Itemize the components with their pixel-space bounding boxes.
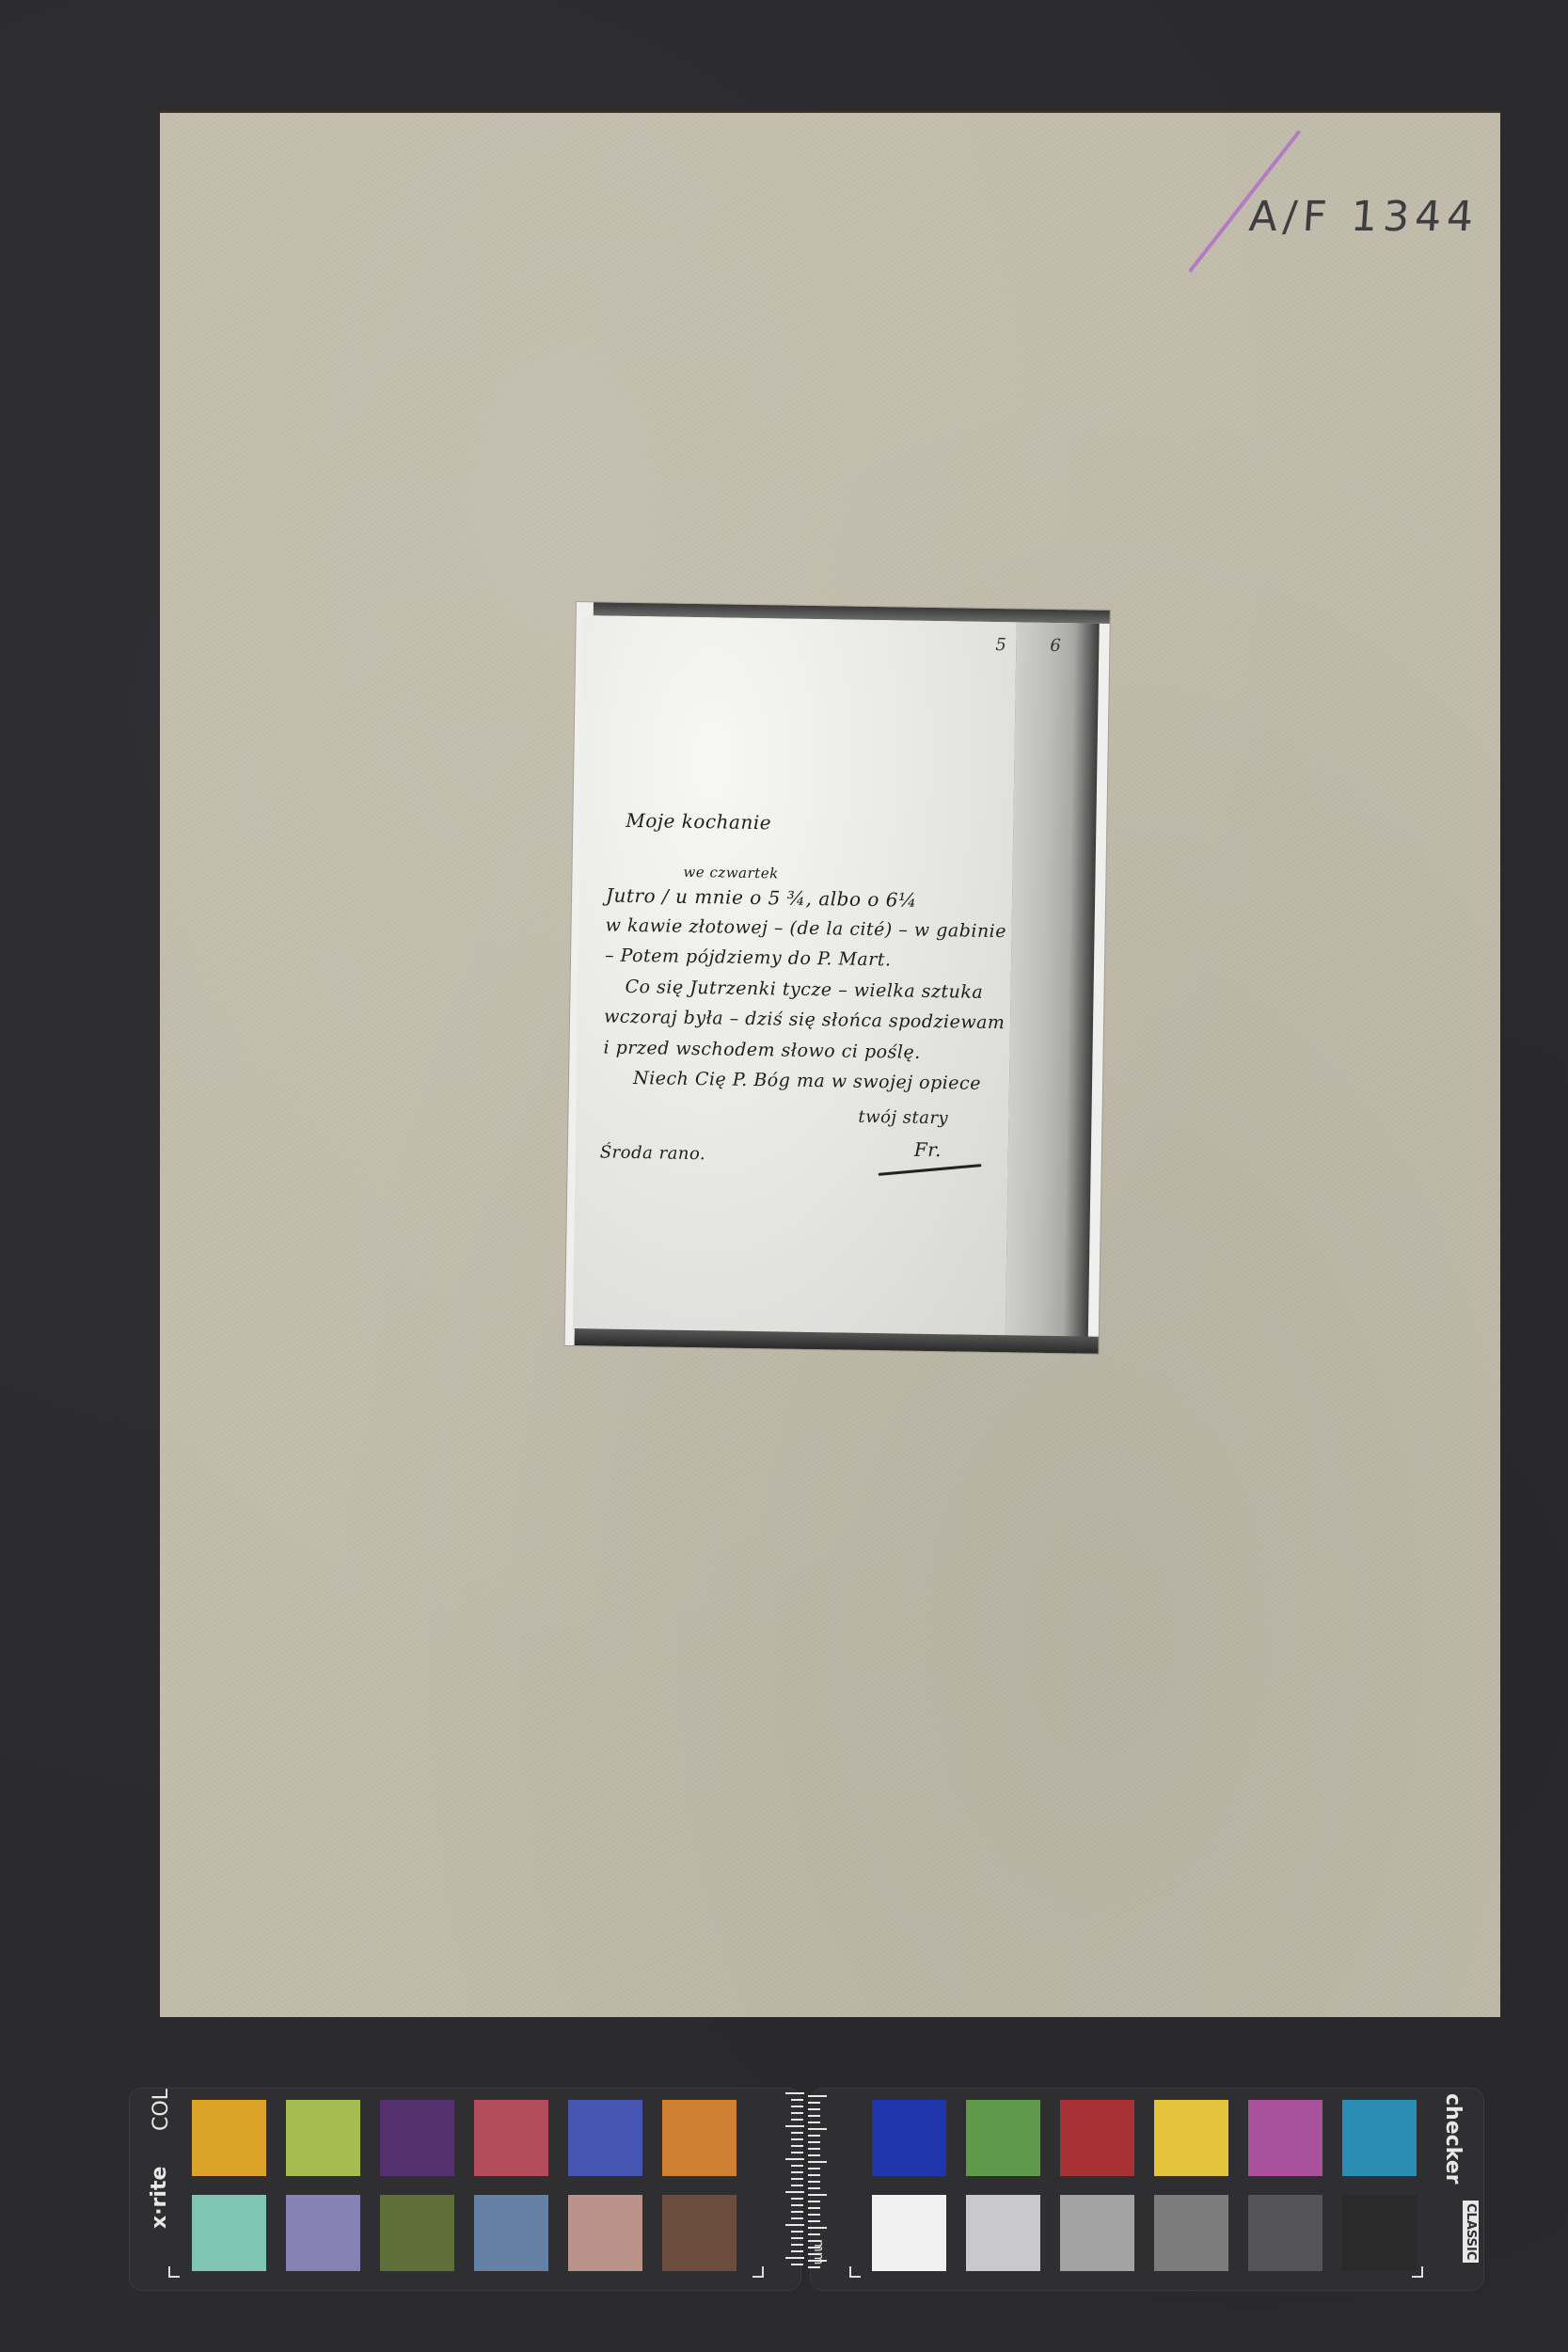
ruler-tick — [791, 2217, 803, 2219]
ruler-tick — [808, 2095, 827, 2097]
color-patch — [286, 2100, 360, 2176]
ruler-tick — [808, 2207, 820, 2209]
ruler-tick — [791, 2099, 803, 2101]
color-patch — [966, 2100, 1040, 2176]
color-patch — [966, 2195, 1040, 2271]
ruler-tick — [791, 2250, 803, 2252]
color-patch — [662, 2195, 736, 2271]
ruler-tick — [785, 2224, 804, 2226]
classic-badge: CLASSIC — [1463, 2201, 1479, 2263]
color-patch — [474, 2100, 548, 2176]
ruler-tick — [791, 2145, 803, 2147]
color-patch — [872, 2195, 946, 2271]
letter-sheet: 5 Moje kochanie we czwartek Jutro / u mn… — [573, 615, 1018, 1337]
ruler-tick — [791, 2204, 803, 2206]
ruler-tick — [808, 2154, 820, 2156]
letter-line: – Potem pójdziemy do P. Mart. — [605, 946, 892, 971]
ruler-tick — [791, 2198, 803, 2200]
color-patch — [380, 2100, 454, 2176]
ruler-tick — [808, 2266, 820, 2268]
ruler-tick — [808, 2201, 820, 2202]
ruler-tick — [808, 2148, 820, 2150]
page-number: 5 — [995, 635, 1006, 655]
ruler-tick — [808, 2233, 820, 2235]
signature-flourish — [879, 1164, 982, 1176]
letter-dateline: Środa rano. — [600, 1142, 706, 1164]
color-patch — [1060, 2100, 1134, 2176]
letter-line: Niech Cię P. Bóg ma w swojej opiece — [633, 1068, 981, 1094]
color-patch — [286, 2195, 360, 2271]
ruler-tick — [808, 2168, 820, 2169]
corner-mark — [752, 2266, 764, 2278]
letter-line: w kawie złotowej – (de la cité) – w gabi… — [605, 915, 1006, 943]
letter-insertion: we czwartek — [683, 864, 779, 882]
shelfmark-label: A/F 1344 — [1247, 193, 1481, 241]
ruler-tick — [791, 2211, 803, 2213]
ruler-tick — [791, 2152, 803, 2153]
xrite-logo: x·rite — [148, 2167, 171, 2229]
colorchecker-logo: checker — [1441, 2093, 1465, 2184]
letter-line: i przed wschodem słowo ci poślę. — [603, 1038, 920, 1063]
ruler-tick — [808, 2227, 827, 2229]
ruler-tick — [785, 2092, 804, 2094]
ruler-tick — [808, 2122, 820, 2123]
ruler-tick — [791, 2171, 803, 2173]
checker-label-col: COL — [150, 2089, 173, 2131]
ruler-tick — [808, 2214, 820, 2216]
ruler-tick — [791, 2106, 803, 2107]
ruler-tick — [791, 2165, 803, 2167]
color-patch — [474, 2195, 548, 2271]
letter-photograph: 5 Moje kochanie we czwartek Jutro / u mn… — [565, 602, 1110, 1354]
color-patch — [568, 2195, 642, 2271]
ruler-tick — [808, 2115, 820, 2117]
ruler-tick — [808, 2108, 820, 2110]
ruler-tick — [785, 2191, 804, 2193]
ruler-tick — [791, 2112, 803, 2114]
color-patch — [1248, 2100, 1323, 2176]
ruler-tick — [791, 2178, 803, 2180]
ruler-tick — [791, 2119, 803, 2121]
color-patch — [1342, 2100, 1417, 2176]
color-patch — [662, 2100, 736, 2176]
ruler-tick — [808, 2187, 820, 2189]
color-patch — [192, 2195, 266, 2271]
letter-line: Jutro / u mnie o 5 ¾, albo o 6¼ — [606, 884, 917, 912]
ruler-tick — [808, 2141, 820, 2143]
color-patch — [1154, 2195, 1228, 2271]
color-patch — [1154, 2100, 1228, 2176]
corner-mark — [849, 2266, 861, 2278]
ruler-tick — [808, 2161, 827, 2163]
ruler-tick — [808, 2174, 820, 2176]
color-patch — [1342, 2195, 1417, 2271]
ruler-tick — [791, 2264, 803, 2265]
ruler-tick — [791, 2237, 803, 2239]
ruler-tick — [791, 2132, 803, 2134]
ruler-tick — [808, 2102, 820, 2104]
color-patch — [380, 2195, 454, 2271]
ruler-unit-label: mm — [811, 2239, 826, 2265]
ruler-tick — [791, 2138, 803, 2140]
page-number: 6 — [1050, 636, 1061, 656]
color-patch — [1060, 2195, 1134, 2271]
ruler-tick — [785, 2257, 804, 2259]
letter-signature: Fr. — [914, 1138, 942, 1161]
ruler-tick — [791, 2185, 803, 2186]
letter-salutation: Moje kochanie — [626, 809, 771, 834]
ruler-tick — [785, 2158, 804, 2160]
letter-line: Co się Jutrzenki tycze – wielka sztuka — [625, 977, 983, 1003]
ruler-tick — [791, 2231, 803, 2233]
corner-mark — [168, 2266, 180, 2278]
color-patch — [568, 2100, 642, 2176]
ruler-tick — [808, 2220, 820, 2222]
ruler-tick — [808, 2194, 827, 2196]
letter-line: wczoraj była – dziś się słońca spodziewa… — [604, 1007, 1006, 1034]
color-patch — [1248, 2195, 1323, 2271]
ruler-tick — [808, 2181, 820, 2183]
color-patch — [192, 2100, 266, 2176]
ruler-tick — [808, 2128, 827, 2130]
letter-closing: twój stary — [858, 1107, 948, 1129]
ruler-tick — [791, 2244, 803, 2246]
color-patch — [872, 2100, 946, 2176]
ruler-tick — [808, 2135, 820, 2137]
letter-fold-edge: 6 — [1006, 622, 1100, 1338]
ruler-tick — [785, 2125, 804, 2127]
